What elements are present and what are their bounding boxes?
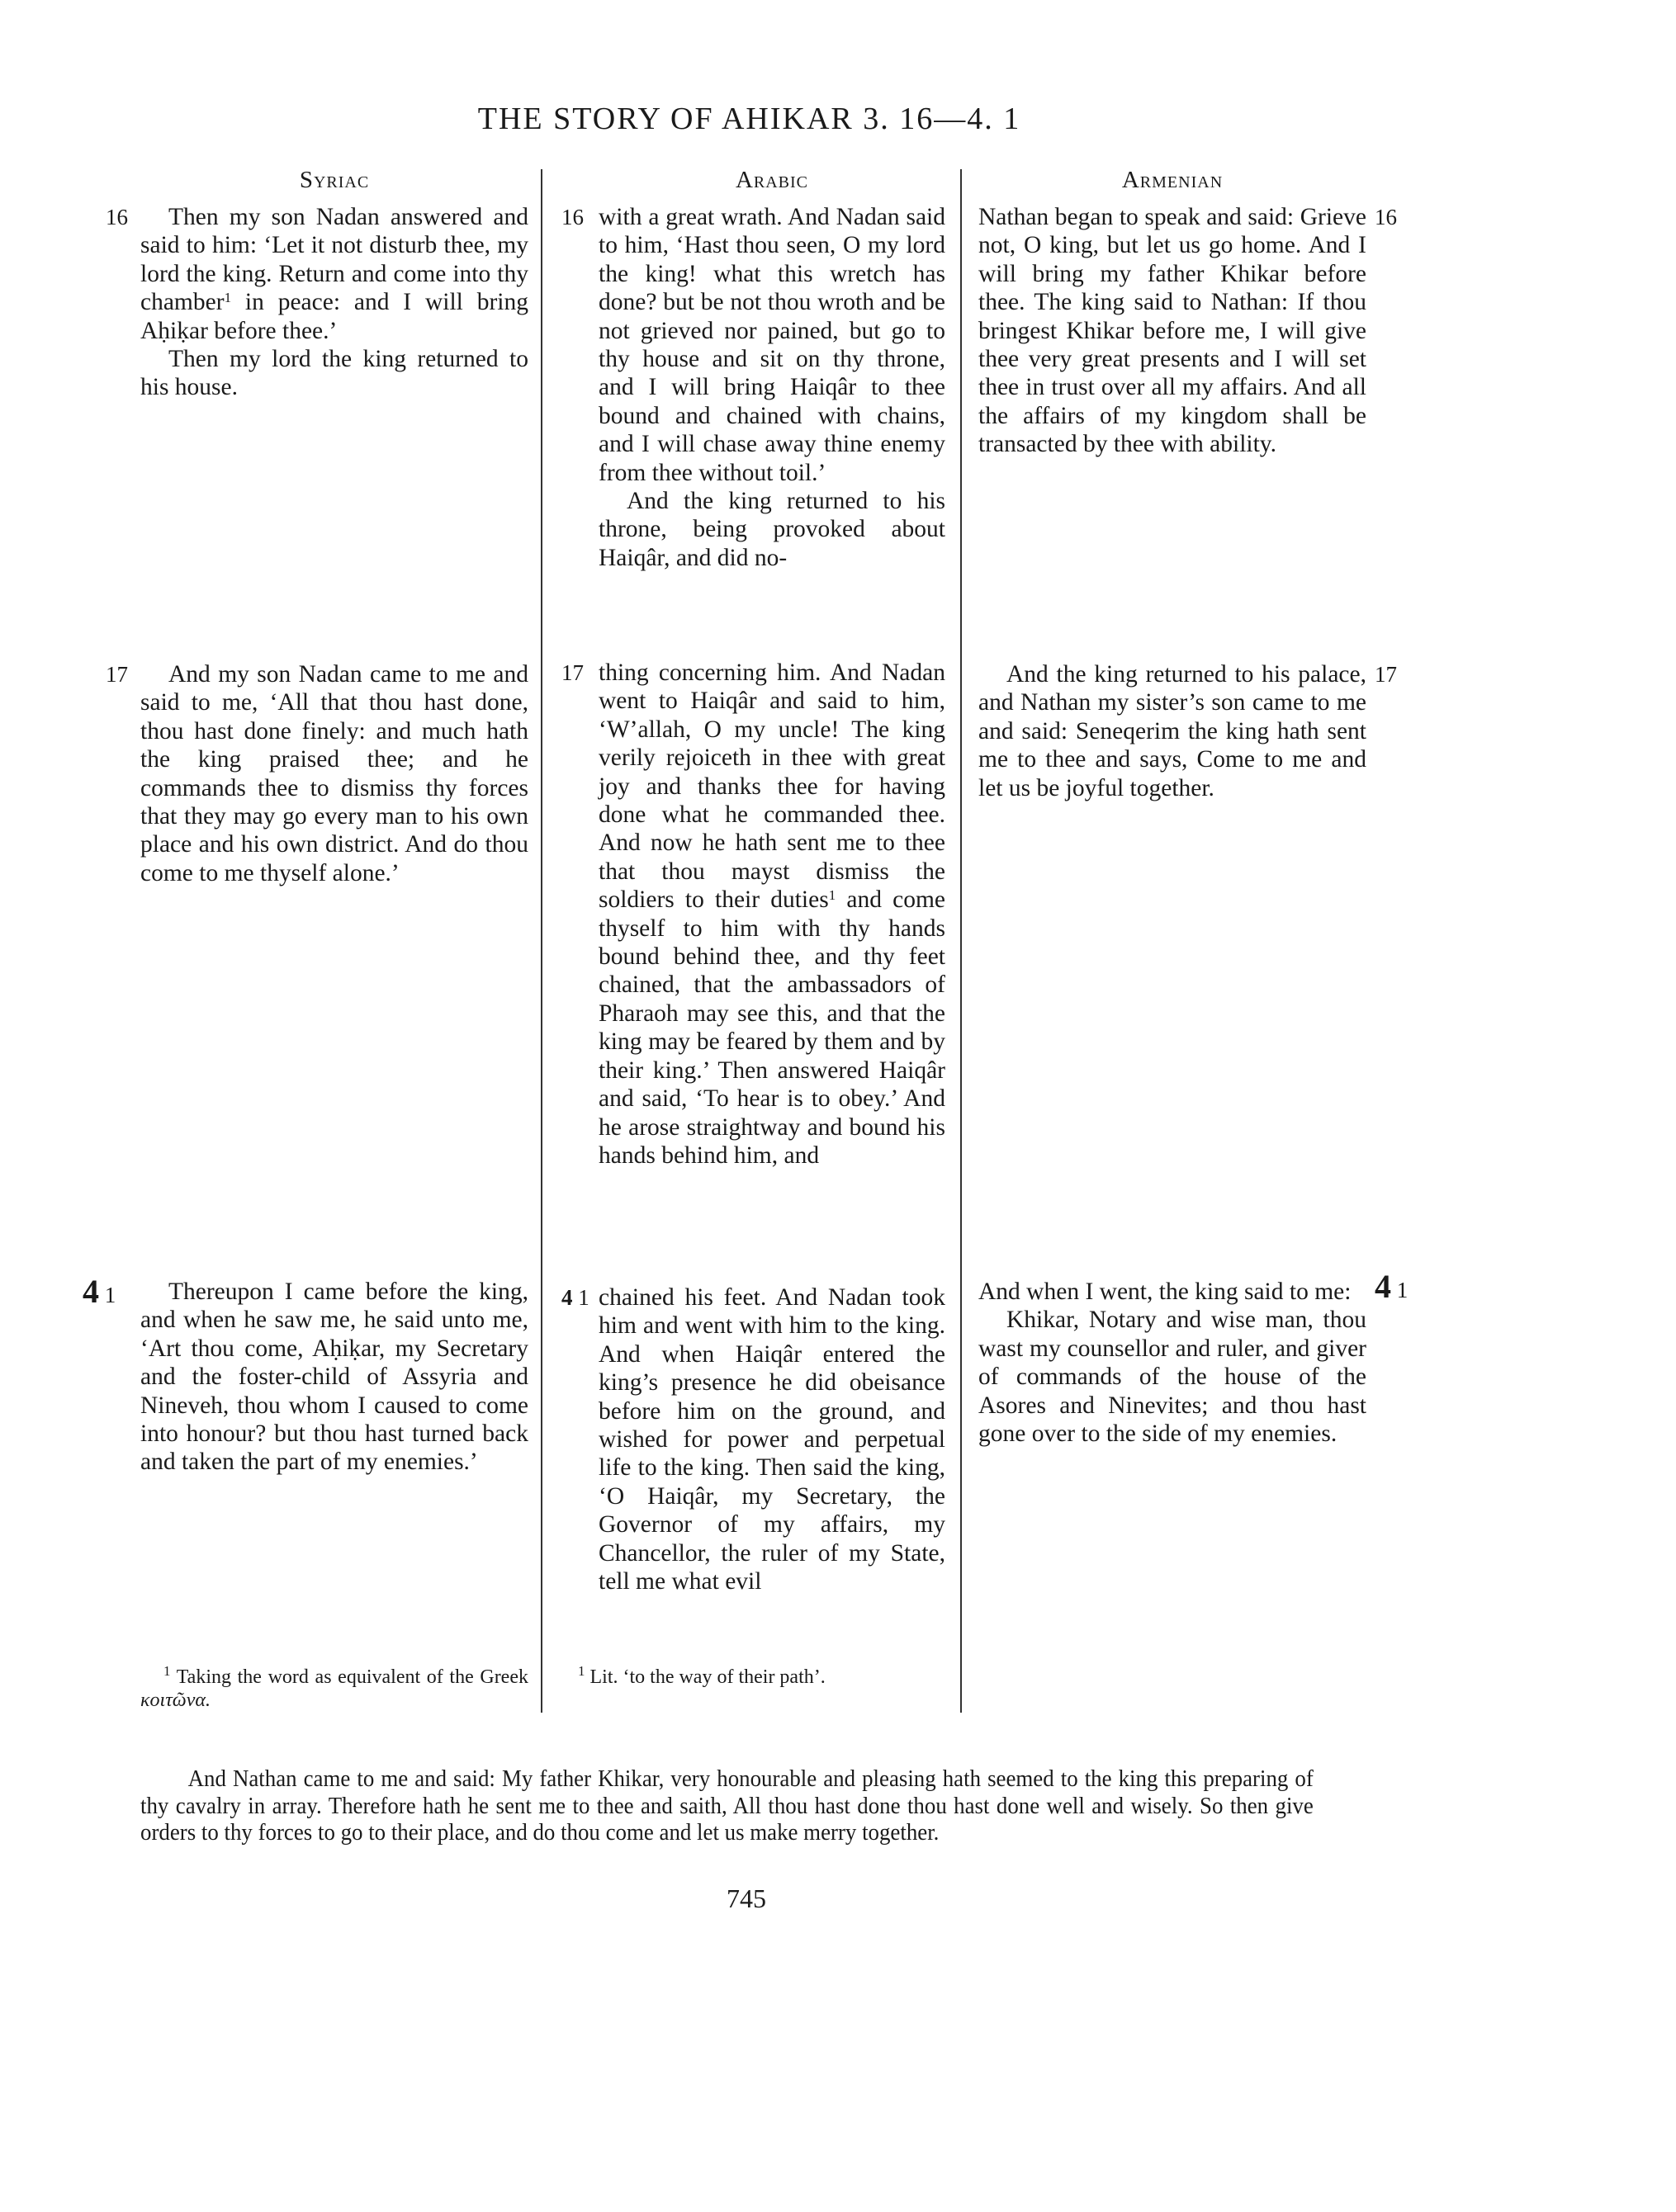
syriac-chapter-4-verse-1: Thereupon I came before the king, and wh… [140, 1278, 528, 1477]
page-number: 745 [727, 1884, 766, 1914]
footnote-mark[interactable]: 1 [829, 887, 836, 903]
syriac-footnote: 1 Taking the word as equivalent of the G… [140, 1666, 528, 1712]
armenian-verse-17: And the king returned to his palace, and… [978, 660, 1366, 802]
arabic-footnote: 1 Lit. ‘to the way of their path’. [578, 1666, 941, 1689]
page-title: THE STORY OF AHIKAR 3. 16—4. 1 [0, 101, 1498, 137]
chapter-verse-number: 4 1 [83, 1278, 116, 1309]
verse-number: 16 [106, 203, 128, 231]
armenian-verse-16: Nathan began to speak and said: Grieve n… [978, 203, 1366, 459]
armenian-chapter-4-verse-1: And when I went, the king said to me: Kh… [978, 1278, 1366, 1448]
column-heading-armenian: Armenian [978, 167, 1366, 194]
syriac-verse-16: Then my son Nadan answered and said to h… [140, 203, 528, 402]
chapter-verse-number: 4 1 [1375, 1273, 1408, 1304]
verse-number: 17 [106, 660, 128, 688]
column-heading-syriac: Syriac [140, 167, 528, 194]
verse-number: 17 [561, 659, 584, 687]
arabic-chapter-4-verse-1: chained his feet. And Nadan took him and… [599, 1283, 945, 1595]
bottom-paragraph: And Nathan came to me and said: My fathe… [140, 1766, 1314, 1847]
syriac-verse-17: And my son Nadan came to me and said to … [140, 660, 528, 887]
chapter-verse-number: 4 1 [561, 1283, 589, 1312]
column-divider [541, 169, 542, 1713]
verse-number: 17 [1375, 660, 1397, 688]
verse-number: 16 [1375, 203, 1397, 231]
footnote-mark[interactable]: 1 [225, 290, 232, 305]
arabic-verse-16: with a great wrath. And Nadan said to hi… [599, 203, 945, 572]
column-heading-arabic: Arabic [599, 167, 945, 194]
verse-number: 16 [561, 203, 584, 231]
arabic-verse-17: thing concerning him. And Nadan went to … [599, 659, 945, 1170]
column-divider [960, 169, 962, 1713]
